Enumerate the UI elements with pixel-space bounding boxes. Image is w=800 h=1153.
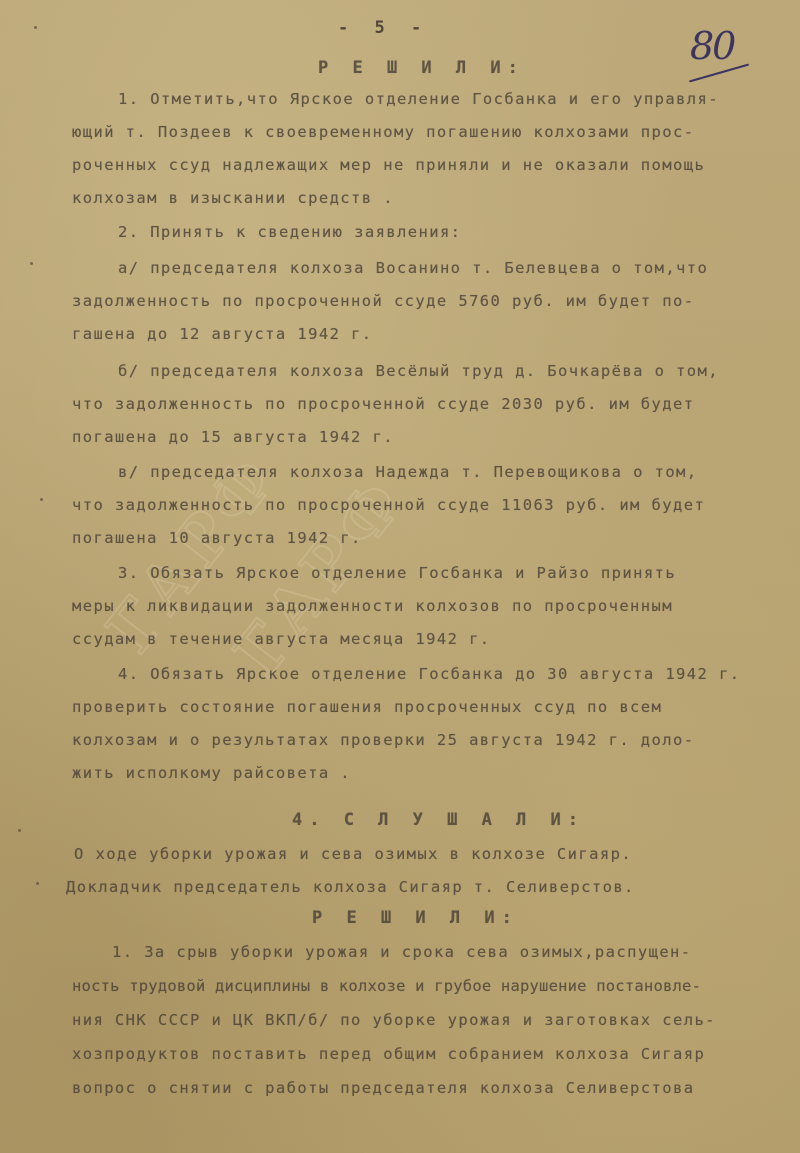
archive-sheet-number: 80 — [690, 24, 734, 68]
item-4-line: проверить состояние погашения просроченн… — [72, 698, 662, 716]
item-2-line: в/ председателя колхоза Надежда т. Перев… — [118, 463, 698, 481]
paper-speck — [30, 262, 33, 265]
decision-line: ния СНК СССР и ЦК ВКП/б/ по уборке урожа… — [72, 1011, 716, 1029]
item-2-line: что задолженность по просроченной ссуде … — [72, 496, 705, 514]
item-4-line: 4. Обязать Ярское отделение Госбанка до … — [118, 665, 740, 683]
item-2-line: 2. Принять к сведению заявления: — [118, 223, 461, 241]
speaker-line: Докладчик председатель колхоза Сигаяр т.… — [66, 878, 635, 896]
item-2-line: погашена до 15 августа 1942 г. — [72, 428, 394, 446]
item-2-line: что задолженность по просроченной ссуде … — [72, 395, 694, 413]
page-number: - 5 - — [338, 18, 429, 38]
paper-speck — [40, 498, 43, 501]
item-3-line: 3. Обязать Ярское отделение Госбанка и Р… — [118, 564, 676, 582]
decision-line: хозпродуктов поставить перед общим собра… — [72, 1045, 705, 1063]
item-2-line: б/ председателя колхоза Весёлый труд д. … — [118, 362, 719, 380]
item-3-line: меры к ликвидации задолженности колхозов… — [72, 597, 673, 615]
item-4-line: жить исполкому райсовета . — [72, 764, 351, 782]
paragraph-line: ющий т. Поздеев к своевременному погашен… — [72, 123, 694, 141]
paragraph-line: 1. Отметить,что Ярское отделение Госбанк… — [118, 90, 719, 108]
decision-line: ность трудовой дисциплины в колхозе и гр… — [72, 977, 701, 995]
decision-line: вопрос о снятии с работы председателя ко… — [72, 1079, 694, 1097]
item-4-line: колхозам и о результатах проверки 25 авг… — [72, 731, 694, 749]
paper-speck — [34, 26, 37, 29]
paragraph-line: колхозам в изыскании средств . — [72, 189, 394, 207]
section-heading-reshili: Р Е Ш И Л И: — [312, 908, 519, 928]
section-heading-reshili: Р Е Ш И Л И: — [318, 58, 525, 78]
item-2-line: погашена 10 августа 1942 г. — [72, 529, 362, 547]
item-2-line: задолженность по просроченной ссуде 5760… — [72, 292, 694, 310]
paper-speck — [36, 882, 39, 885]
section-heading-slushali: 4. С Л У Ш А Л И: — [292, 810, 585, 830]
item-2-line: а/ председателя колхоза Восанино т. Беле… — [118, 259, 708, 277]
paper-speck — [18, 829, 21, 832]
paragraph-line: роченных ссуд надлежащих мер не приняли … — [72, 156, 705, 174]
item-3-line: ссудам в течение августа месяца 1942 г. — [72, 630, 491, 648]
agenda-topic-line: О ходе уборки урожая и сева озимых в кол… — [74, 845, 632, 863]
decision-line: 1. За срыв уборки урожая и срока сева оз… — [112, 943, 692, 961]
item-2-line: гашена до 12 августа 1942 г. — [72, 325, 373, 343]
